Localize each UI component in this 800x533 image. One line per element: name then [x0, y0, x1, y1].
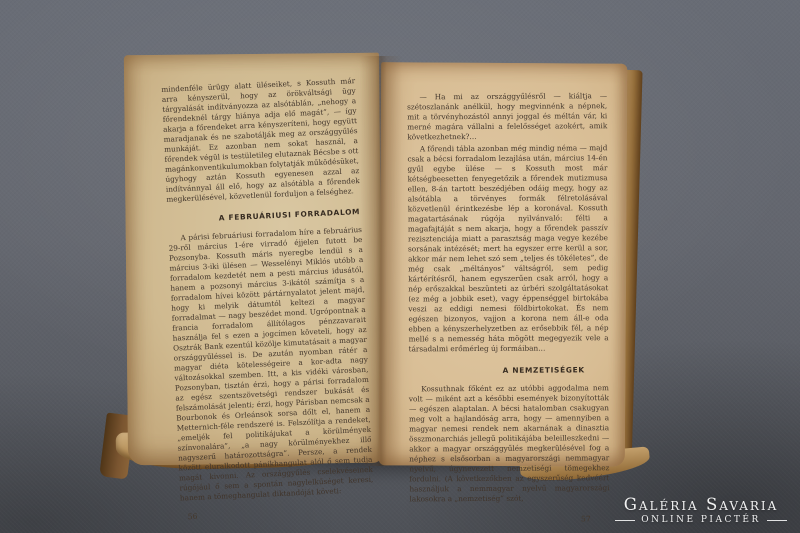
right-page-text-column: — Ha mi az országgyűlésről — kiáltja — s…: [407, 91, 610, 525]
open-book: mindenféle ürügy alatt üléseiket, s Koss…: [0, 0, 800, 533]
watermark-subtitle: ONLINE PIACTÉR: [641, 515, 760, 525]
right-page-paragraph-bottom: Kossuthnak főként ez az utóbbi aggodalma…: [409, 383, 610, 504]
right-page: — Ha mi az országgyűlésről — kiáltja — s…: [379, 62, 627, 466]
left-page-text-column: mindenféle ürügy alatt üléseiket, s Koss…: [161, 76, 375, 522]
watermark-title: Galéria Savaria: [624, 495, 779, 514]
left-page: mindenféle ürügy alatt üléseiket, s Koss…: [124, 53, 383, 466]
left-page-paragraph-main: A párisi februáriusi forradalom híre a f…: [168, 225, 374, 504]
left-page-paragraph-continuation: mindenféle ürügy alatt üléseiket, s Koss…: [161, 76, 360, 205]
watermark-divider-right: [767, 520, 787, 521]
right-page-number: 57: [410, 514, 610, 525]
watermark-subtitle-row: ONLINE PIACTÉR: [615, 515, 786, 525]
right-page-section-heading: A NEMZETISÉGEK: [409, 365, 609, 376]
right-page-paragraph-main: A főrendi tábla azonban még mindig néma …: [407, 143, 608, 354]
left-page-number: 56: [181, 504, 375, 523]
photo-background: mindenféle ürügy alatt üléseiket, s Koss…: [0, 0, 800, 533]
right-page-quote-paragraph: — Ha mi az országgyűlésről — kiáltja — s…: [407, 91, 607, 142]
watermark: Galéria Savaria ONLINE PIACTÉR: [612, 495, 790, 525]
watermark-divider-left: [615, 520, 635, 521]
left-page-section-heading: A FEBRUÁRIUSI FORRADALOM: [167, 207, 361, 226]
